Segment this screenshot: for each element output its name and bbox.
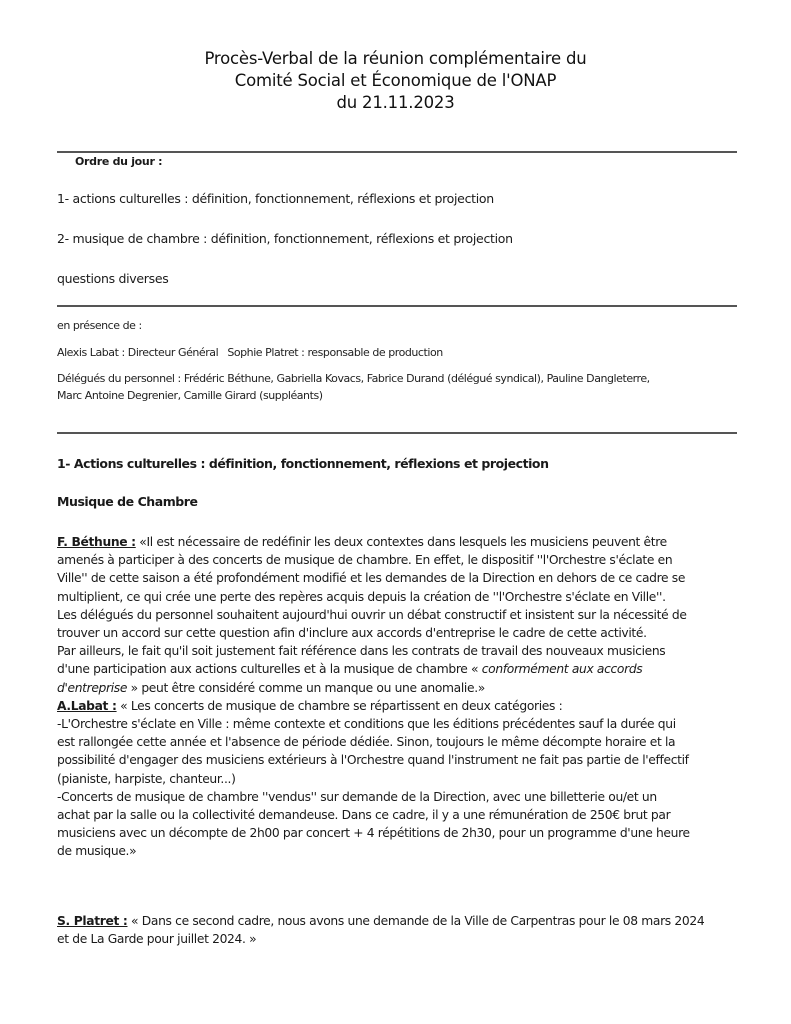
section-title: 1- Actions culturelles : définition, fon… (57, 456, 549, 471)
statement-line: multiplient, ce qui crée une perte des r… (57, 588, 747, 606)
statement-line: Les délégués du personnel souhaitent auj… (57, 606, 747, 624)
divider-rule (57, 432, 737, 434)
speaker-name: A.Labat : (57, 699, 117, 713)
title-line-1: Procès-Verbal de la réunion complémentai… (0, 48, 791, 70)
statement-line: -L'Orchestre s'éclate en Ville : même co… (57, 715, 747, 733)
italic-quote: d'entreprise (57, 681, 127, 695)
statement-line: possibilité d'engager des musiciens exté… (57, 751, 747, 769)
speaker-name: S. Platret : (57, 914, 128, 928)
title-line-3: du 21.11.2023 (0, 92, 791, 114)
statement-line: d'entreprise » peut être considéré comme… (57, 679, 747, 697)
statement-line: est rallongée cette année et l'absence d… (57, 733, 747, 751)
divider-rule (57, 305, 737, 307)
attendance-management: Alexis Labat : Directeur Général Sophie … (57, 346, 443, 359)
agenda-item-2: 2- musique de chambre : définition, fonc… (57, 231, 513, 246)
agenda-heading: Ordre du jour : (75, 155, 162, 168)
statement-platret: S. Platret : « Dans ce second cadre, nou… (57, 912, 747, 948)
statement-line: Par ailleurs, le fait qu'il soit justeme… (57, 642, 747, 660)
statement-line: -Concerts de musique de chambre ''vendus… (57, 788, 747, 806)
speaker-name: F. Béthune : (57, 535, 136, 549)
statement-line: F. Béthune : «Il est nécessaire de redéf… (57, 533, 747, 551)
statement-bethune: F. Béthune : «Il est nécessaire de redéf… (57, 533, 747, 861)
statement-line: Ville'' de cette saison a été profondéme… (57, 569, 747, 587)
italic-quote: conformément aux accords (482, 662, 643, 676)
document-title: Procès-Verbal de la réunion complémentai… (0, 48, 791, 114)
agenda-item-1: 1- actions culturelles : définition, fon… (57, 191, 494, 206)
statement-line: d'une participation aux actions culturel… (57, 660, 747, 678)
agenda-item-3: questions diverses (57, 271, 168, 286)
divider-rule (57, 151, 737, 153)
statement-line: amenés à participer à des concerts de mu… (57, 551, 747, 569)
statement-labat: A.Labat : « Les concerts de musique de c… (57, 697, 747, 715)
statement-line: S. Platret : « Dans ce second cadre, nou… (57, 912, 747, 930)
document-page: Procès-Verbal de la réunion complémentai… (0, 0, 791, 1024)
attendance-heading: en présence de : (57, 319, 142, 332)
statement-line: (pianiste, harpiste, chanteur...) (57, 770, 747, 788)
section-subtitle: Musique de Chambre (57, 494, 198, 509)
statement-line: achat par la salle ou la collectivité de… (57, 806, 747, 824)
statement-line: de musique.» (57, 842, 747, 860)
statement-line: trouver un accord sur cette question afi… (57, 624, 747, 642)
attendance-delegates-line-1: Délégués du personnel : Frédéric Béthune… (57, 372, 650, 385)
title-line-2: Comité Social et Économique de l'ONAP (0, 70, 791, 92)
statement-line: musiciens avec un décompte de 2h00 par c… (57, 824, 747, 842)
statement-line: et de La Garde pour juillet 2024. » (57, 930, 747, 948)
attendance-delegates-line-2: Marc Antoine Degrenier, Camille Girard (… (57, 389, 323, 402)
